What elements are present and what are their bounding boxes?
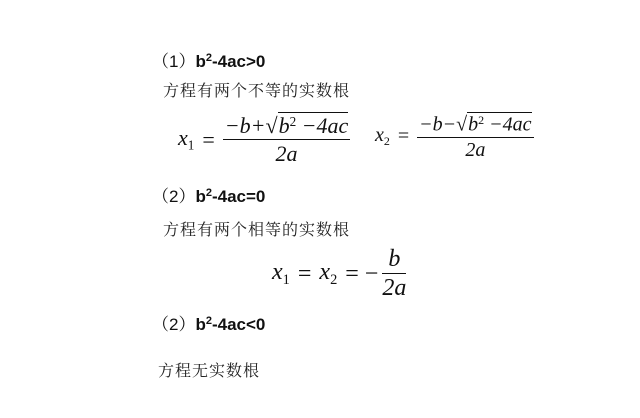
case-3-condition: b2-4ac<0 — [195, 315, 265, 334]
condition-base: b — [195, 187, 205, 206]
x2-variable: x2 — [319, 259, 337, 289]
case-3-label: （2） — [152, 315, 195, 334]
x2-variable: x2 — [375, 124, 390, 149]
condition-base: b — [195, 315, 205, 334]
double-root-fraction: b 2a — [382, 246, 406, 302]
equals-sign: = — [298, 261, 312, 288]
x1-numerator: −b+√b2 −4ac — [223, 112, 351, 139]
case-2-condition: b2-4ac=0 — [195, 187, 265, 206]
case-1-label: （1） — [152, 52, 195, 71]
denominator: 2a — [382, 274, 406, 302]
case-2-description: 方程有两个相等的实数根 — [163, 217, 350, 240]
case-2-heading: （2）b2-4ac=0 — [152, 182, 265, 207]
case-1-heading: （1）b2-4ac>0 — [152, 47, 265, 72]
equals-sign: = — [202, 127, 214, 153]
equals-sign: = — [398, 125, 409, 148]
x1-fraction: −b+√b2 −4ac 2a — [223, 112, 351, 167]
condition-base: b — [195, 52, 205, 71]
condition-rest: -4ac=0 — [212, 187, 265, 206]
x1-denominator: 2a — [276, 140, 298, 167]
sqrt-symbol: √b2 −4ac — [265, 112, 348, 139]
x2-fraction: −b−√b2 −4ac 2a — [417, 112, 533, 162]
equals-minus: = − — [345, 261, 378, 288]
case-1-condition: b2-4ac>0 — [195, 52, 265, 71]
sqrt-symbol: √b2 −4ac — [456, 112, 531, 137]
x2-numerator: −b−√b2 −4ac — [417, 112, 533, 137]
formula-x2: x2 = −b−√b2 −4ac 2a — [375, 112, 534, 162]
case-2-label: （2） — [152, 187, 195, 206]
condition-rest: -4ac>0 — [212, 52, 265, 71]
case-1-description: 方程有两个不等的实数根 — [163, 78, 350, 101]
formula-double-root: x1 = x2 = − b 2a — [272, 246, 406, 302]
x2-denominator: 2a — [465, 138, 485, 162]
case-3-heading: （2）b2-4ac<0 — [152, 310, 265, 335]
formula-x1: x1 = −b+√b2 −4ac 2a — [178, 112, 350, 167]
x1-variable: x1 — [178, 125, 194, 154]
numerator: b — [386, 246, 402, 273]
condition-rest: -4ac<0 — [212, 315, 265, 334]
x1-variable: x1 — [272, 259, 290, 289]
case-3-description: 方程无实数根 — [158, 358, 260, 381]
